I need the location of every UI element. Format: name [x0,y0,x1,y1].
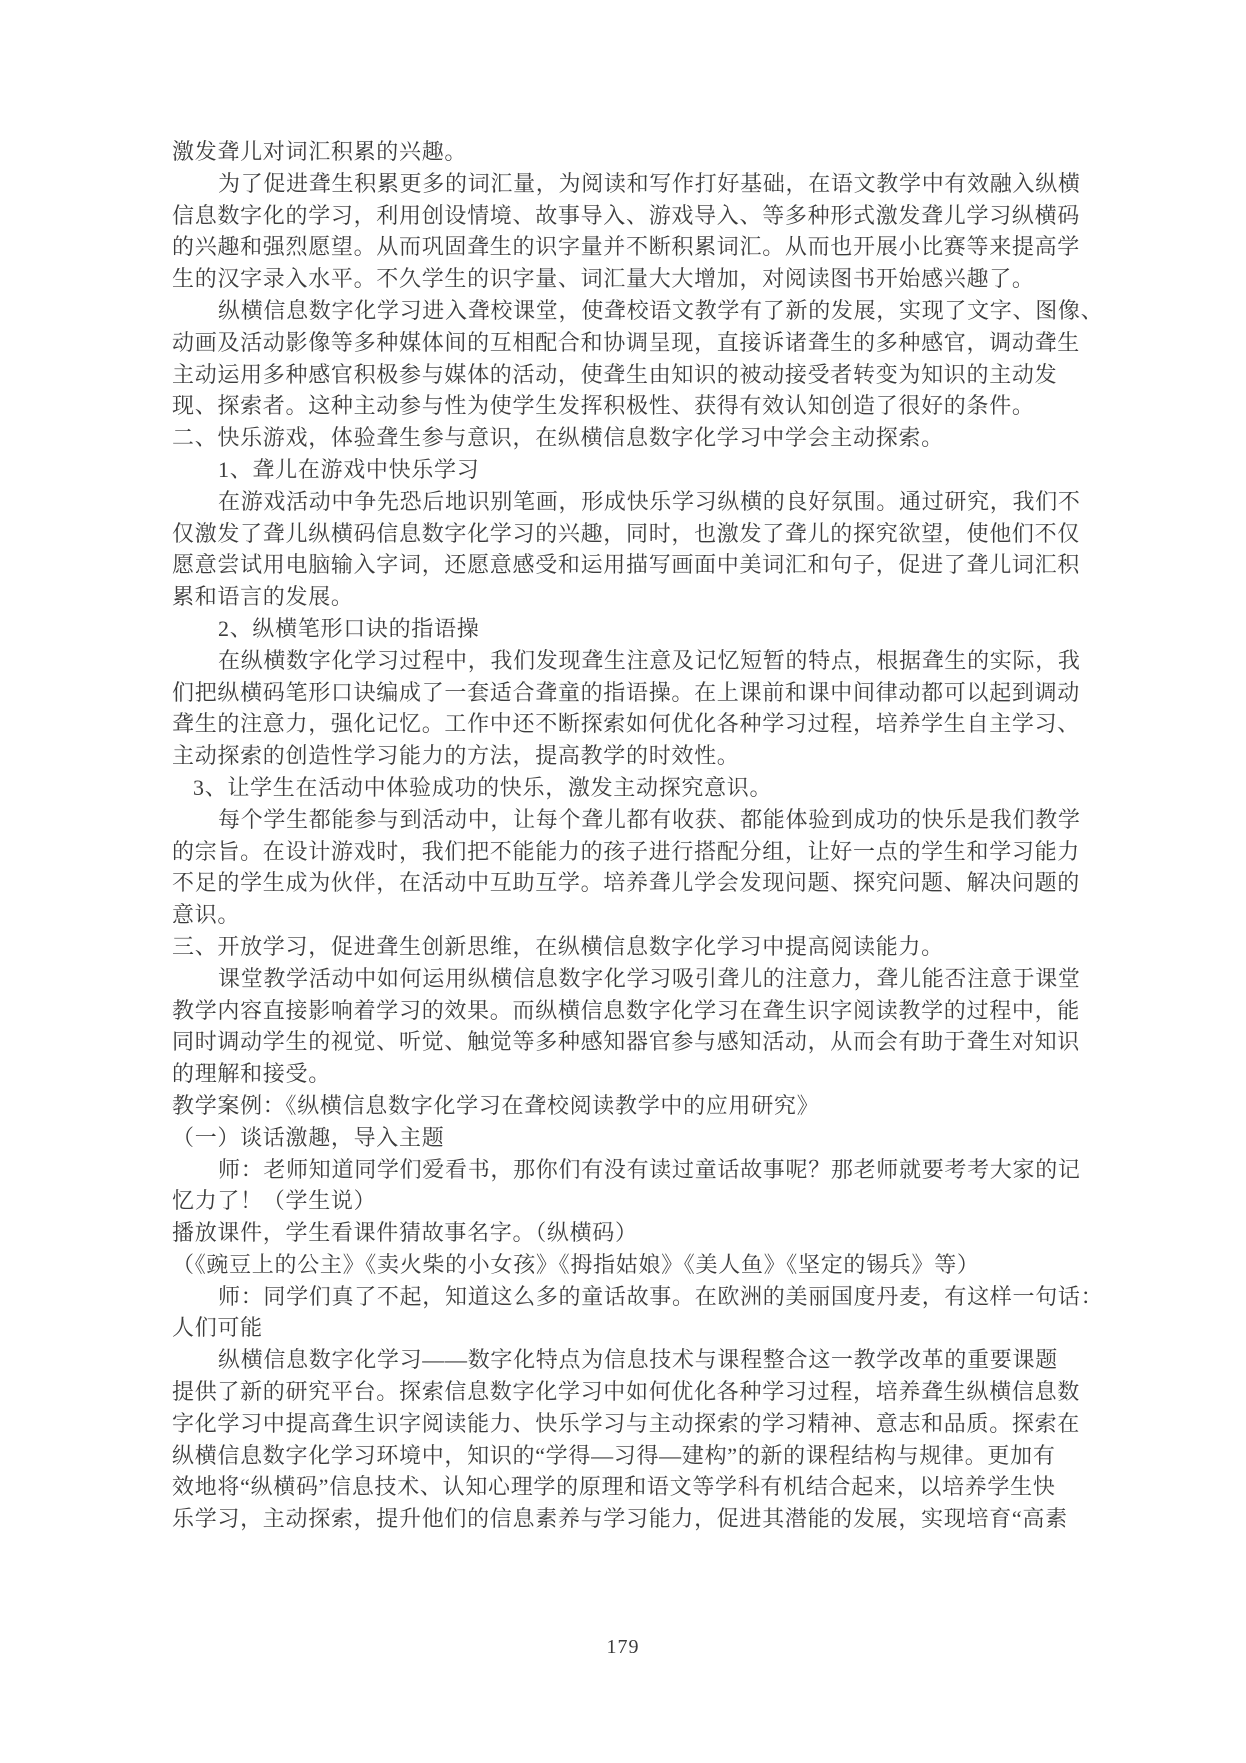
text-line: 乐学习，主动探索，提升他们的信息素养与学习能力，促进其潜能的发展，实现培育“高素 [172,1503,1086,1535]
text-line: 信息数字化的学习，利用创设情境、故事导入、游戏导入、等多种形式激发聋儿学习纵横码 [172,200,1086,232]
sub-heading: （一）谈话激趣，导入主题 [172,1122,1086,1154]
text-line: 在纵横数字化学习过程中，我们发现聋生注意及记忆短暂的特点，根据聋生的实际，我 [172,645,1086,677]
text-line: 效地将“纵横码”信息技术、认知心理学的原理和语文等学科有机结合起来，以培养学生快 [172,1471,1086,1503]
text-line: 动画及活动影像等多种媒体间的互相配合和协调呈现，直接诉诸聋生的多种感官，调动聋生 [172,327,1086,359]
sub-heading: 3、让学生在活动中体验成功的快乐，激发主动探究意识。 [172,772,1086,804]
case-title: 教学案例：《纵横信息数字化学习在聋校阅读教学中的应用研究》 [172,1090,1086,1122]
document-page: 激发聋儿对词汇积累的兴趣。 为了促进聋生积累更多的词汇量，为阅读和写作打好基础，… [0,0,1246,1763]
text-line: 纵横信息数字化学习环境中，知识的“学得—习得—建构”的新的课程结构与规律。更加有 [172,1440,1086,1472]
text-line: 累和语言的发展。 [172,581,1086,613]
page-number: 179 [0,1636,1246,1659]
text-line: 播放课件，学生看课件猜故事名字。（纵横码） [172,1217,1086,1249]
text-line: 主动运用多种感官积极参与媒体的活动，使聋生由知识的被动接受者转变为知识的主动发 [172,359,1086,391]
text-line: 同时调动学生的视觉、听觉、触觉等多种感知器官参与感知活动，从而会有助于聋生对知识 [172,1026,1086,1058]
text-line: （《豌豆上的公主》《卖火柴的小女孩》《拇指姑娘》《美人鱼》《坚定的锡兵》等） [172,1249,1086,1281]
text-line: 不足的学生成为伙伴，在活动中互助互学。培养聋儿学会发现问题、探究问题、解决问题的 [172,867,1086,899]
text-line: 师：同学们真了不起，知道这么多的童话故事。在欧洲的美丽国度丹麦，有这样一句话： [172,1281,1086,1313]
text-line: 在游戏活动中争先恐后地识别笔画，形成快乐学习纵横的良好氛围。通过研究，我们不 [172,486,1086,518]
text-line: 聋生的注意力，强化记忆。工作中还不断探索如何优化各种学习过程，培养学生自主学习、 [172,708,1086,740]
text-line: 意识。 [172,899,1086,931]
text-line: 课堂教学活动中如何运用纵横信息数字化学习吸引聋儿的注意力，聋儿能否注意于课堂 [172,963,1086,995]
text-line: 主动探索的创造性学习能力的方法，提高教学的时效性。 [172,740,1086,772]
text-line: 每个学生都能参与到活动中，让每个聋儿都有收获、都能体验到成功的快乐是我们教学 [172,804,1086,836]
text-line: 现、探索者。这种主动参与性为使学生发挥积极性、获得有效认知创造了很好的条件。 [172,390,1086,422]
text-line: 师：老师知道同学们爱看书，那你们有没有读过童话故事呢？那老师就要考考大家的记 [172,1154,1086,1186]
text-line: 人们可能 [172,1312,1086,1344]
text-line: 提供了新的研究平台。探索信息数字化学习中如何优化各种学习过程，培养聋生纵横信息数 [172,1376,1086,1408]
sub-heading: 1、聋儿在游戏中快乐学习 [172,454,1086,486]
text-line: 的兴趣和强烈愿望。从而巩固聋生的识字量并不断积累词汇。从而也开展小比赛等来提高学 [172,231,1086,263]
text-line: 忆力了！（学生说） [172,1185,1086,1217]
text-line: 字化学习中提高聋生识字阅读能力、快乐学习与主动探索的学习精神、意志和品质。探索在 [172,1408,1086,1440]
section-heading: 三、开放学习，促进聋生创新思维，在纵横信息数字化学习中提高阅读能力。 [172,931,1086,963]
text-line: 纵横信息数字化学习——数字化特点为信息技术与课程整合这一教学改革的重要课题 [172,1344,1086,1376]
sub-heading: 2、纵横笔形口诀的指语操 [172,613,1086,645]
text-line: 为了促进聋生积累更多的词汇量，为阅读和写作打好基础，在语文教学中有效融入纵横 [172,168,1086,200]
text-line: 教学内容直接影响着学习的效果。而纵横信息数字化学习在聋生识字阅读教学的过程中，能 [172,995,1086,1027]
text-line: 仅激发了聋儿纵横码信息数字化学习的兴趣，同时，也激发了聋儿的探究欲望，使他们不仅 [172,518,1086,550]
text-line: 愿意尝试用电脑输入字词，还愿意感受和运用描写画面中美词汇和句子，促进了聋儿词汇积 [172,549,1086,581]
text-line: 们把纵横码笔形口诀编成了一套适合聋童的指语操。在上课前和课中间律动都可以起到调动 [172,677,1086,709]
text-line: 激发聋儿对词汇积累的兴趣。 [172,136,1086,168]
text-line: 的宗旨。在设计游戏时，我们把不能能力的孩子进行搭配分组，让好一点的学生和学习能力 [172,836,1086,868]
text-line: 生的汉字录入水平。不久学生的识字量、词汇量大大增加，对阅读图书开始感兴趣了。 [172,263,1086,295]
document-body: 激发聋儿对词汇积累的兴趣。 为了促进聋生积累更多的词汇量，为阅读和写作打好基础，… [172,136,1086,1535]
text-line: 纵横信息数字化学习进入聋校课堂，使聋校语文教学有了新的发展，实现了文字、图像、 [172,295,1086,327]
section-heading: 二、快乐游戏，体验聋生参与意识，在纵横信息数字化学习中学会主动探索。 [172,422,1086,454]
text-line: 的理解和接受。 [172,1058,1086,1090]
